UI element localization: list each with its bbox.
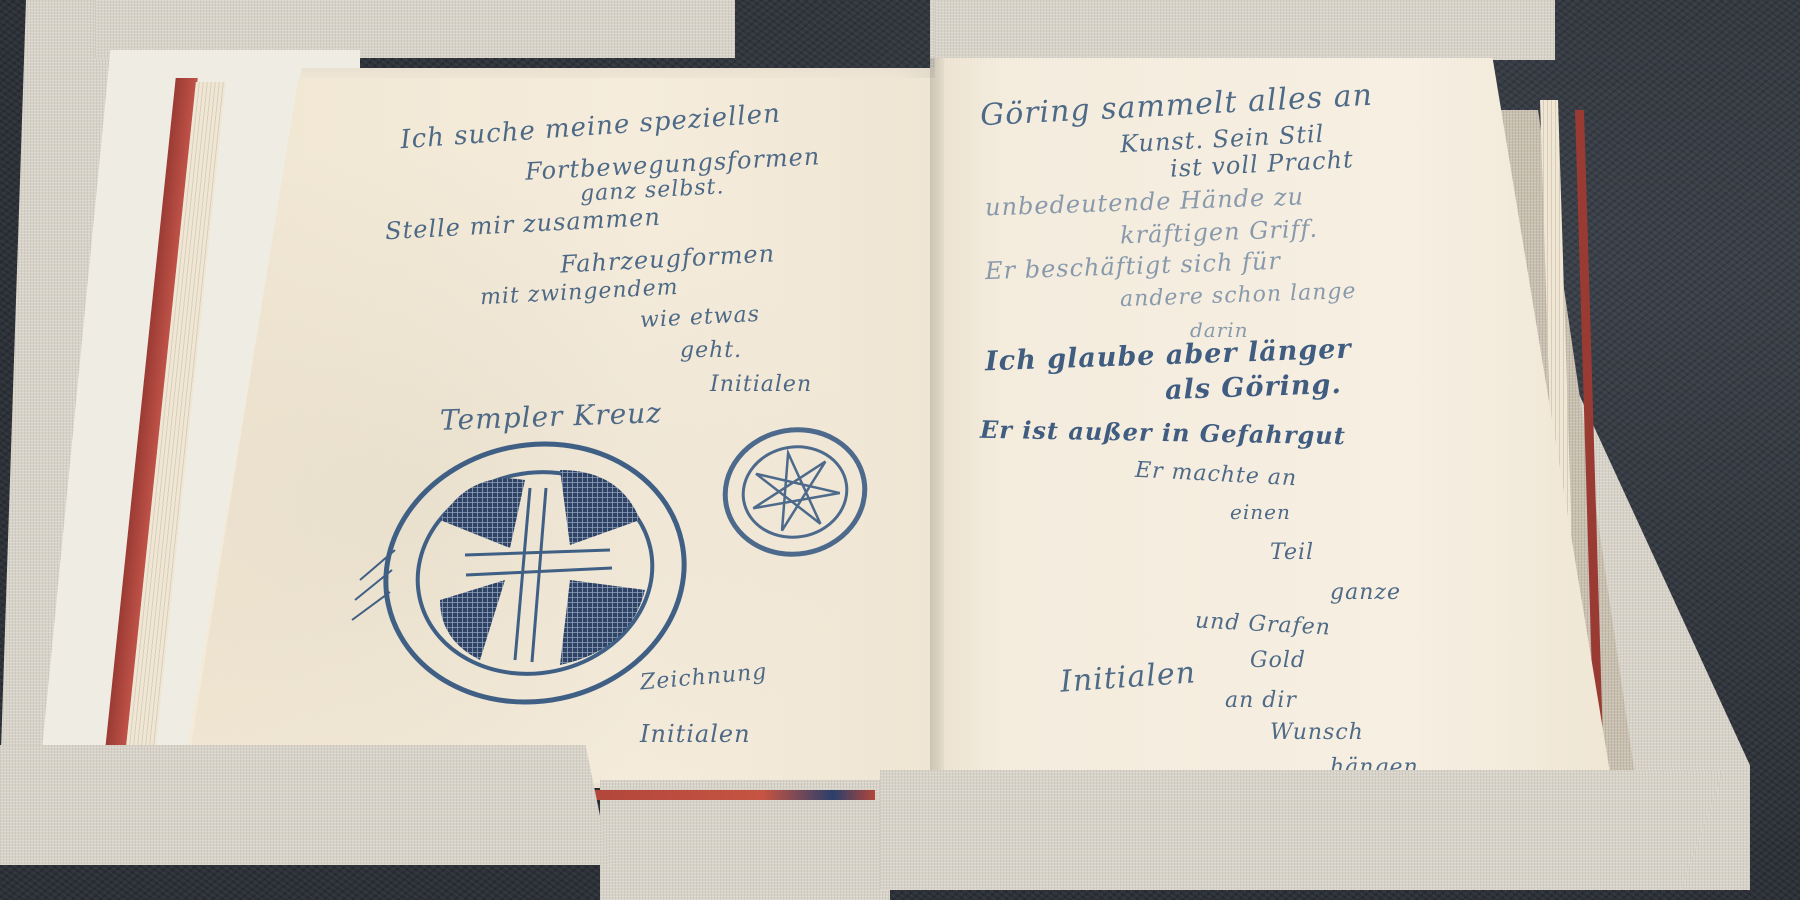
box-front-wall-right <box>880 770 1750 890</box>
left-line: geht. <box>680 338 742 363</box>
left-footer-initials: Initialen <box>640 720 751 748</box>
box-front-wall-left <box>0 745 610 865</box>
box-wall-top-right <box>935 0 1555 60</box>
book-gutter <box>930 58 944 798</box>
left-initials: Initialen <box>710 372 812 397</box>
notebook-spine-edge <box>595 790 875 800</box>
right-line: als Göring. <box>1165 369 1343 406</box>
box-wall-top-left <box>95 0 735 58</box>
right-line: ganze <box>1330 580 1401 605</box>
right-line: Wunsch <box>1270 720 1364 745</box>
right-line: an dir <box>1225 688 1297 713</box>
right-line: einen <box>1230 500 1291 524</box>
right-line: Gold <box>1250 648 1306 673</box>
right-line: Teil <box>1270 540 1314 565</box>
